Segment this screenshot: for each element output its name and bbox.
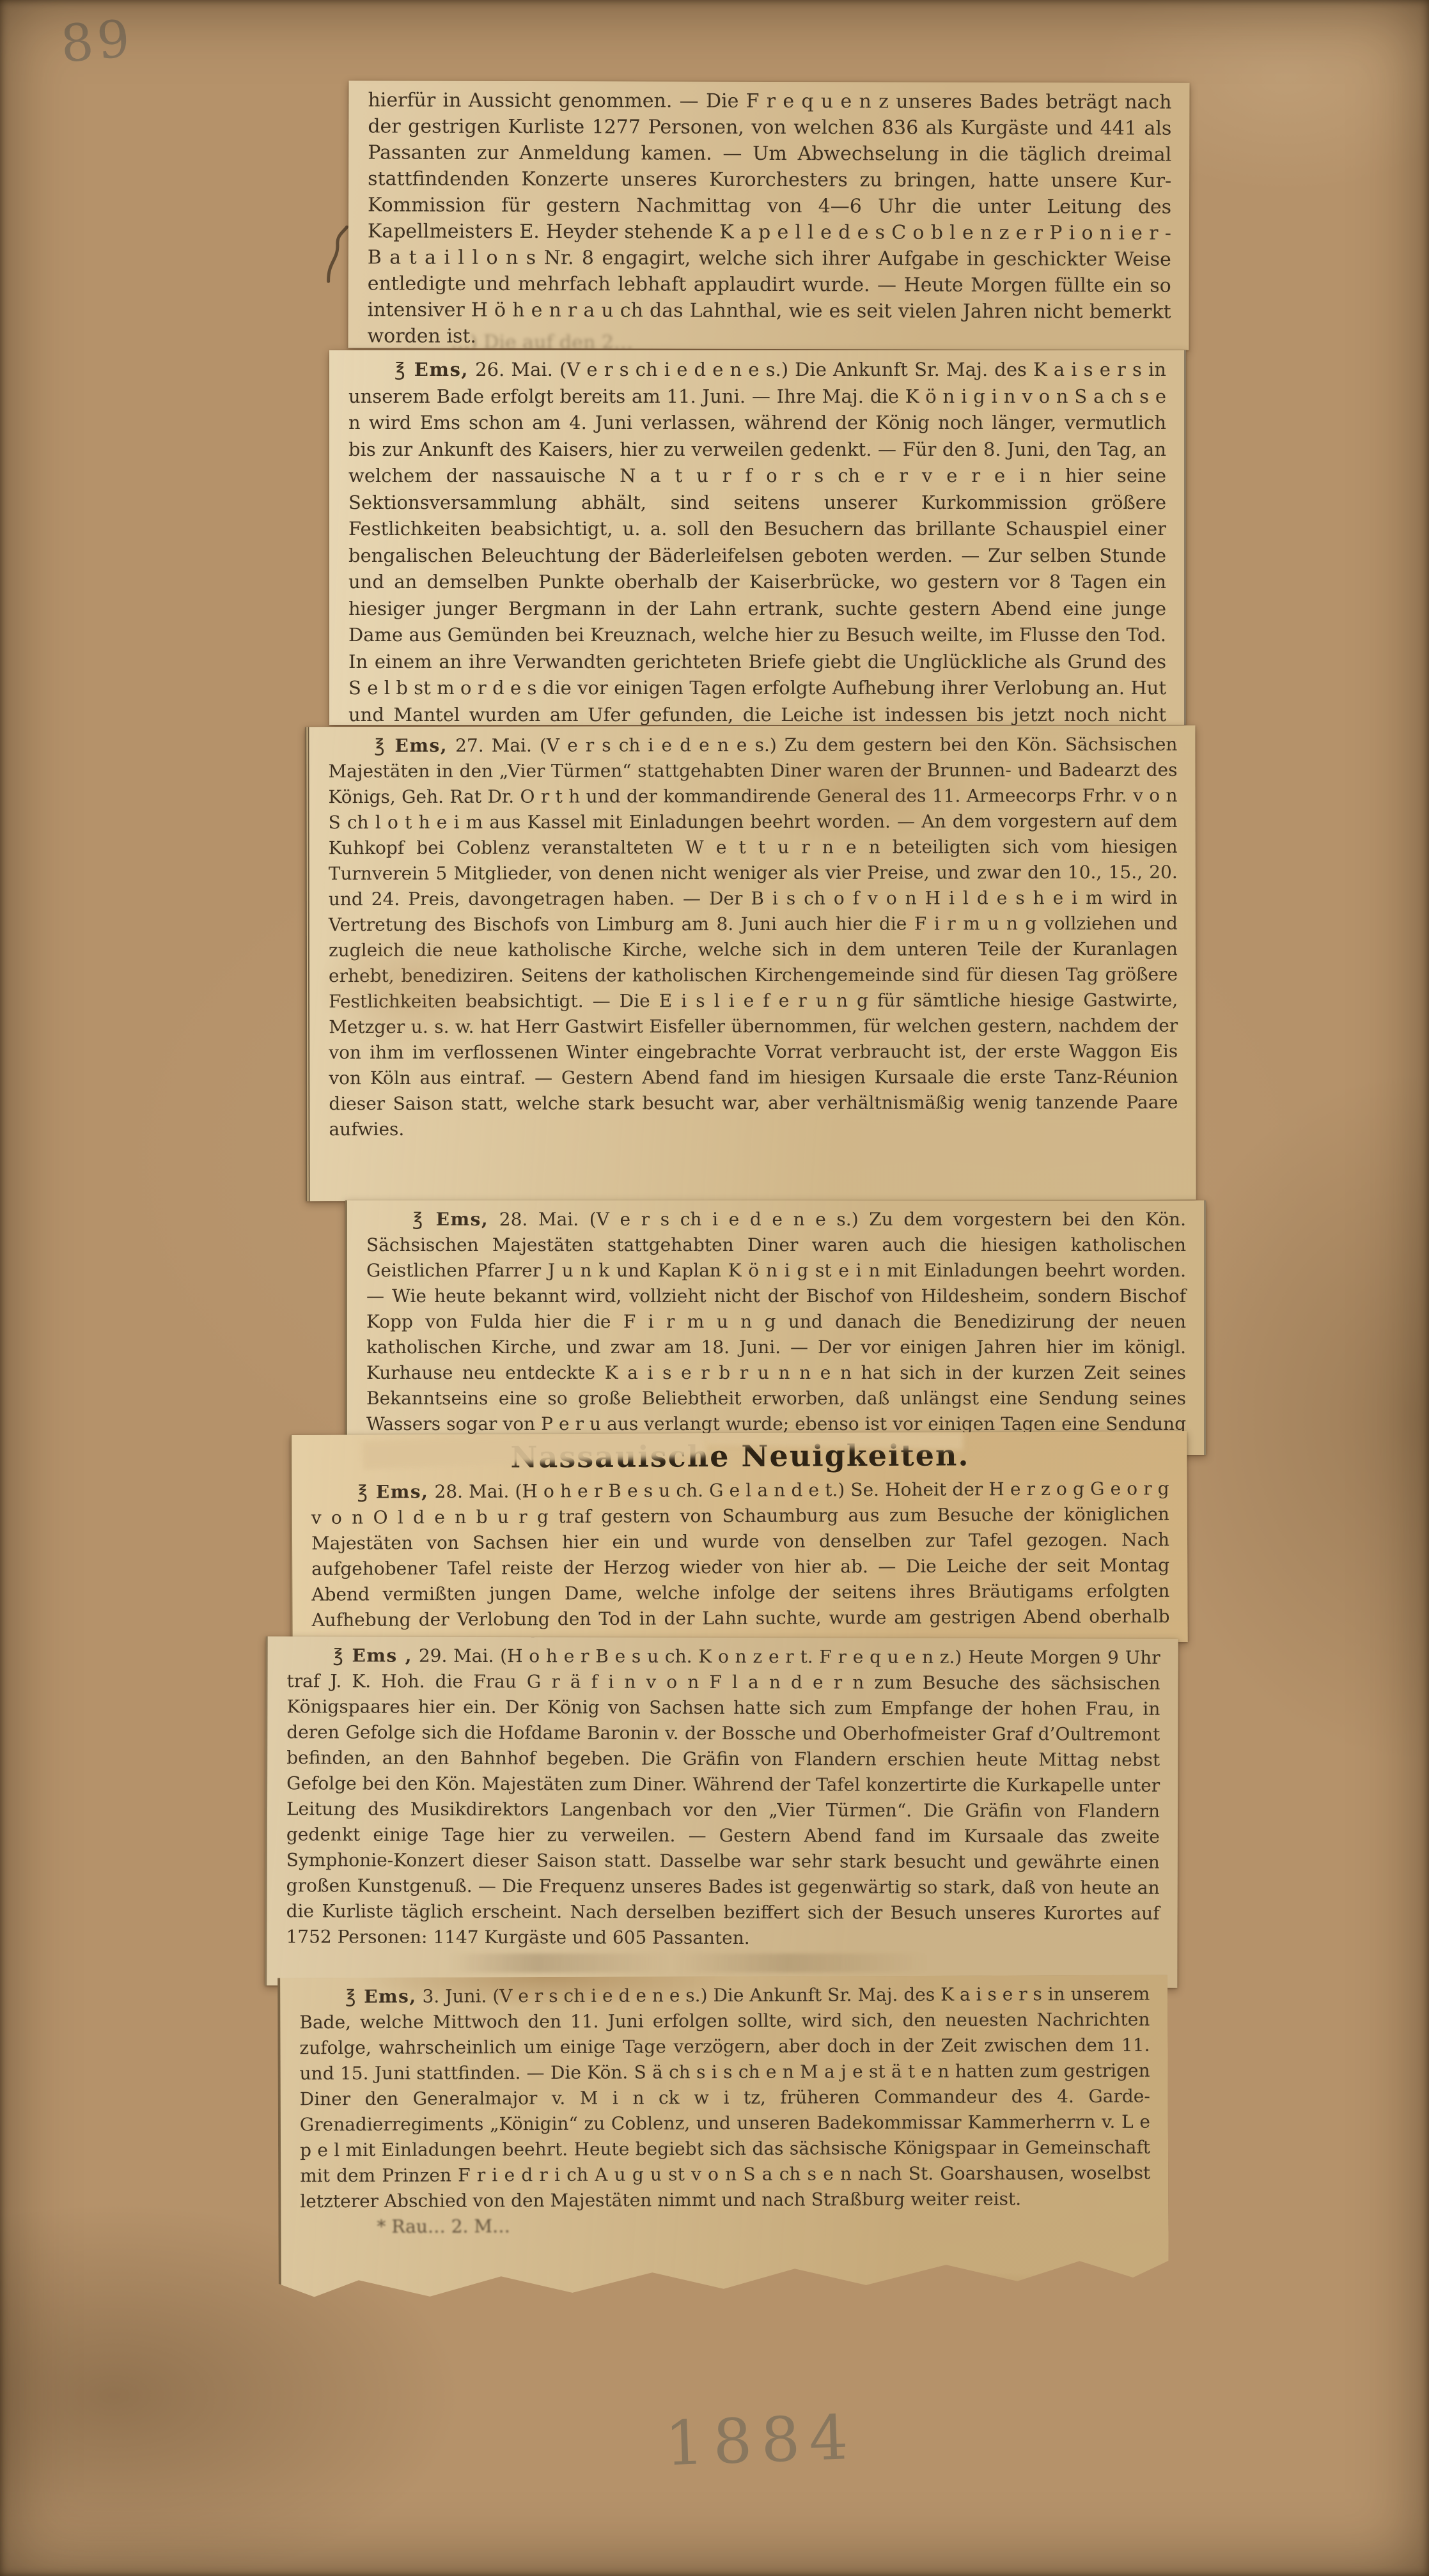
newspaper-clipping: ℥ Ems, 3. Juni. (V e r s ch i e d e n e … xyxy=(277,1975,1169,2311)
dateline-date: 28. Mai. xyxy=(434,1481,509,1503)
dateline-date: 29. Mai. xyxy=(419,1645,494,1666)
newspaper-clipping: ℥ Ems , 29. Mai. (H o h e r B e s u ch. … xyxy=(265,1636,1178,1988)
article-body: Die Ankunft Sr. Maj. des K a i s e r s i… xyxy=(348,359,1166,725)
torn-paper-residue xyxy=(448,1953,1036,1973)
article-body: Zu dem gestern bei den Kön. Sächsischen … xyxy=(328,734,1178,1140)
article-text: ℥ Ems, 27. Mai. (V e r s ch i e d e n e … xyxy=(328,732,1178,1142)
article-topic: (V e r s ch i e d e n e s.) xyxy=(492,1985,707,2006)
article-body: Se. Hoheit der H e r z o g G e o r g v o… xyxy=(311,1478,1170,1646)
scrapbook-page: 89 hierfür in Aussicht genommen. — Die F… xyxy=(0,0,1429,2576)
newspaper-clipping: ℥ Ems, 27. Mai. (V e r s ch i e d e n e … xyxy=(305,725,1196,1201)
dateline-city: Ems, xyxy=(394,735,448,756)
article-body: Zu dem vorgestern bei den Kön. Sächsisch… xyxy=(366,1209,1186,1455)
correspondent-mark: ℥ xyxy=(412,1209,424,1230)
article-text: ℥ Ems, 28. Mai. (H o h e r B e s u ch. G… xyxy=(311,1476,1170,1646)
article-topic: (H o h e r B e s u ch. K o n z e r t. F … xyxy=(500,1645,962,1668)
article-topic: (V e r s ch i e d e n e s.) xyxy=(590,1209,859,1230)
section-headline-text: Nassauische Neuigkeiten. xyxy=(510,1438,969,1474)
article-topic: (V e r s ch i e d e n e s.) xyxy=(540,734,777,756)
article-text: ℥ Ems , 29. Mai. (H o h e r B e s u ch. … xyxy=(286,1643,1160,1952)
article-body: Heute Morgen 9 Uhr traf J. K. Hoh. die F… xyxy=(286,1647,1160,1948)
newspaper-clipping: ℥ Ems, 26. Mai. (V e r s ch i e d e n e … xyxy=(329,350,1186,725)
correspondent-mark: ℥ xyxy=(357,1482,369,1503)
handwritten-page-number: 89 xyxy=(58,8,136,74)
article-topic: (V e r s ch i e d e n e s.) xyxy=(559,359,788,380)
newspaper-clipping: Nassauische Neuigkeiten. ℥ Ems, 28. Mai.… xyxy=(290,1431,1187,1646)
correspondent-mark: ℥ xyxy=(345,1986,357,2007)
newspaper-clipping: hierfür in Aussicht genommen. — Die F r … xyxy=(348,81,1189,350)
handwritten-year: 1884 xyxy=(664,2401,858,2479)
dateline-date: 28. Mai. xyxy=(499,1209,579,1230)
dateline-city: Ems , xyxy=(352,1645,412,1666)
article-topic: (H o h e r B e s u ch. G e l a n d e t.) xyxy=(515,1479,845,1501)
article-text: hierfür in Aussicht genommen. — Die F r … xyxy=(367,87,1171,350)
newspaper-clipping: ℥ Ems, 28. Mai. (V e r s ch i e d e n e … xyxy=(345,1200,1206,1455)
torn-text-fragment: * Rau… 2. M… xyxy=(300,2212,1150,2240)
dateline-city: Ems, xyxy=(364,1986,417,2007)
correspondent-mark: ℥ xyxy=(374,735,386,756)
correspondent-mark: ℥ xyxy=(333,1645,345,1666)
dateline-city: Ems, xyxy=(414,359,469,380)
article-text: ℥ Ems, 3. Juni. (V e r s ch i e d e n e … xyxy=(299,1982,1150,2215)
dateline-date: 27. Mai. xyxy=(455,735,532,756)
section-headline: Nassauische Neuigkeiten. xyxy=(311,1438,1169,1475)
dateline-city: Ems, xyxy=(376,1481,429,1502)
article-text: ℥ Ems, 26. Mai. (V e r s ch i e d e n e … xyxy=(348,357,1166,725)
dateline-date: 26. Mai. xyxy=(475,359,553,380)
article-text: ℥ Ems, 28. Mai. (V e r s ch i e d e n e … xyxy=(366,1207,1186,1455)
article-body: Die Ankunft Sr. Maj. des K a i s e r s i… xyxy=(299,1983,1150,2212)
dateline-date: 3. Juni. xyxy=(423,1985,487,2006)
correspondent-mark: ℥ xyxy=(394,359,406,380)
dateline-city: Ems, xyxy=(436,1209,488,1230)
